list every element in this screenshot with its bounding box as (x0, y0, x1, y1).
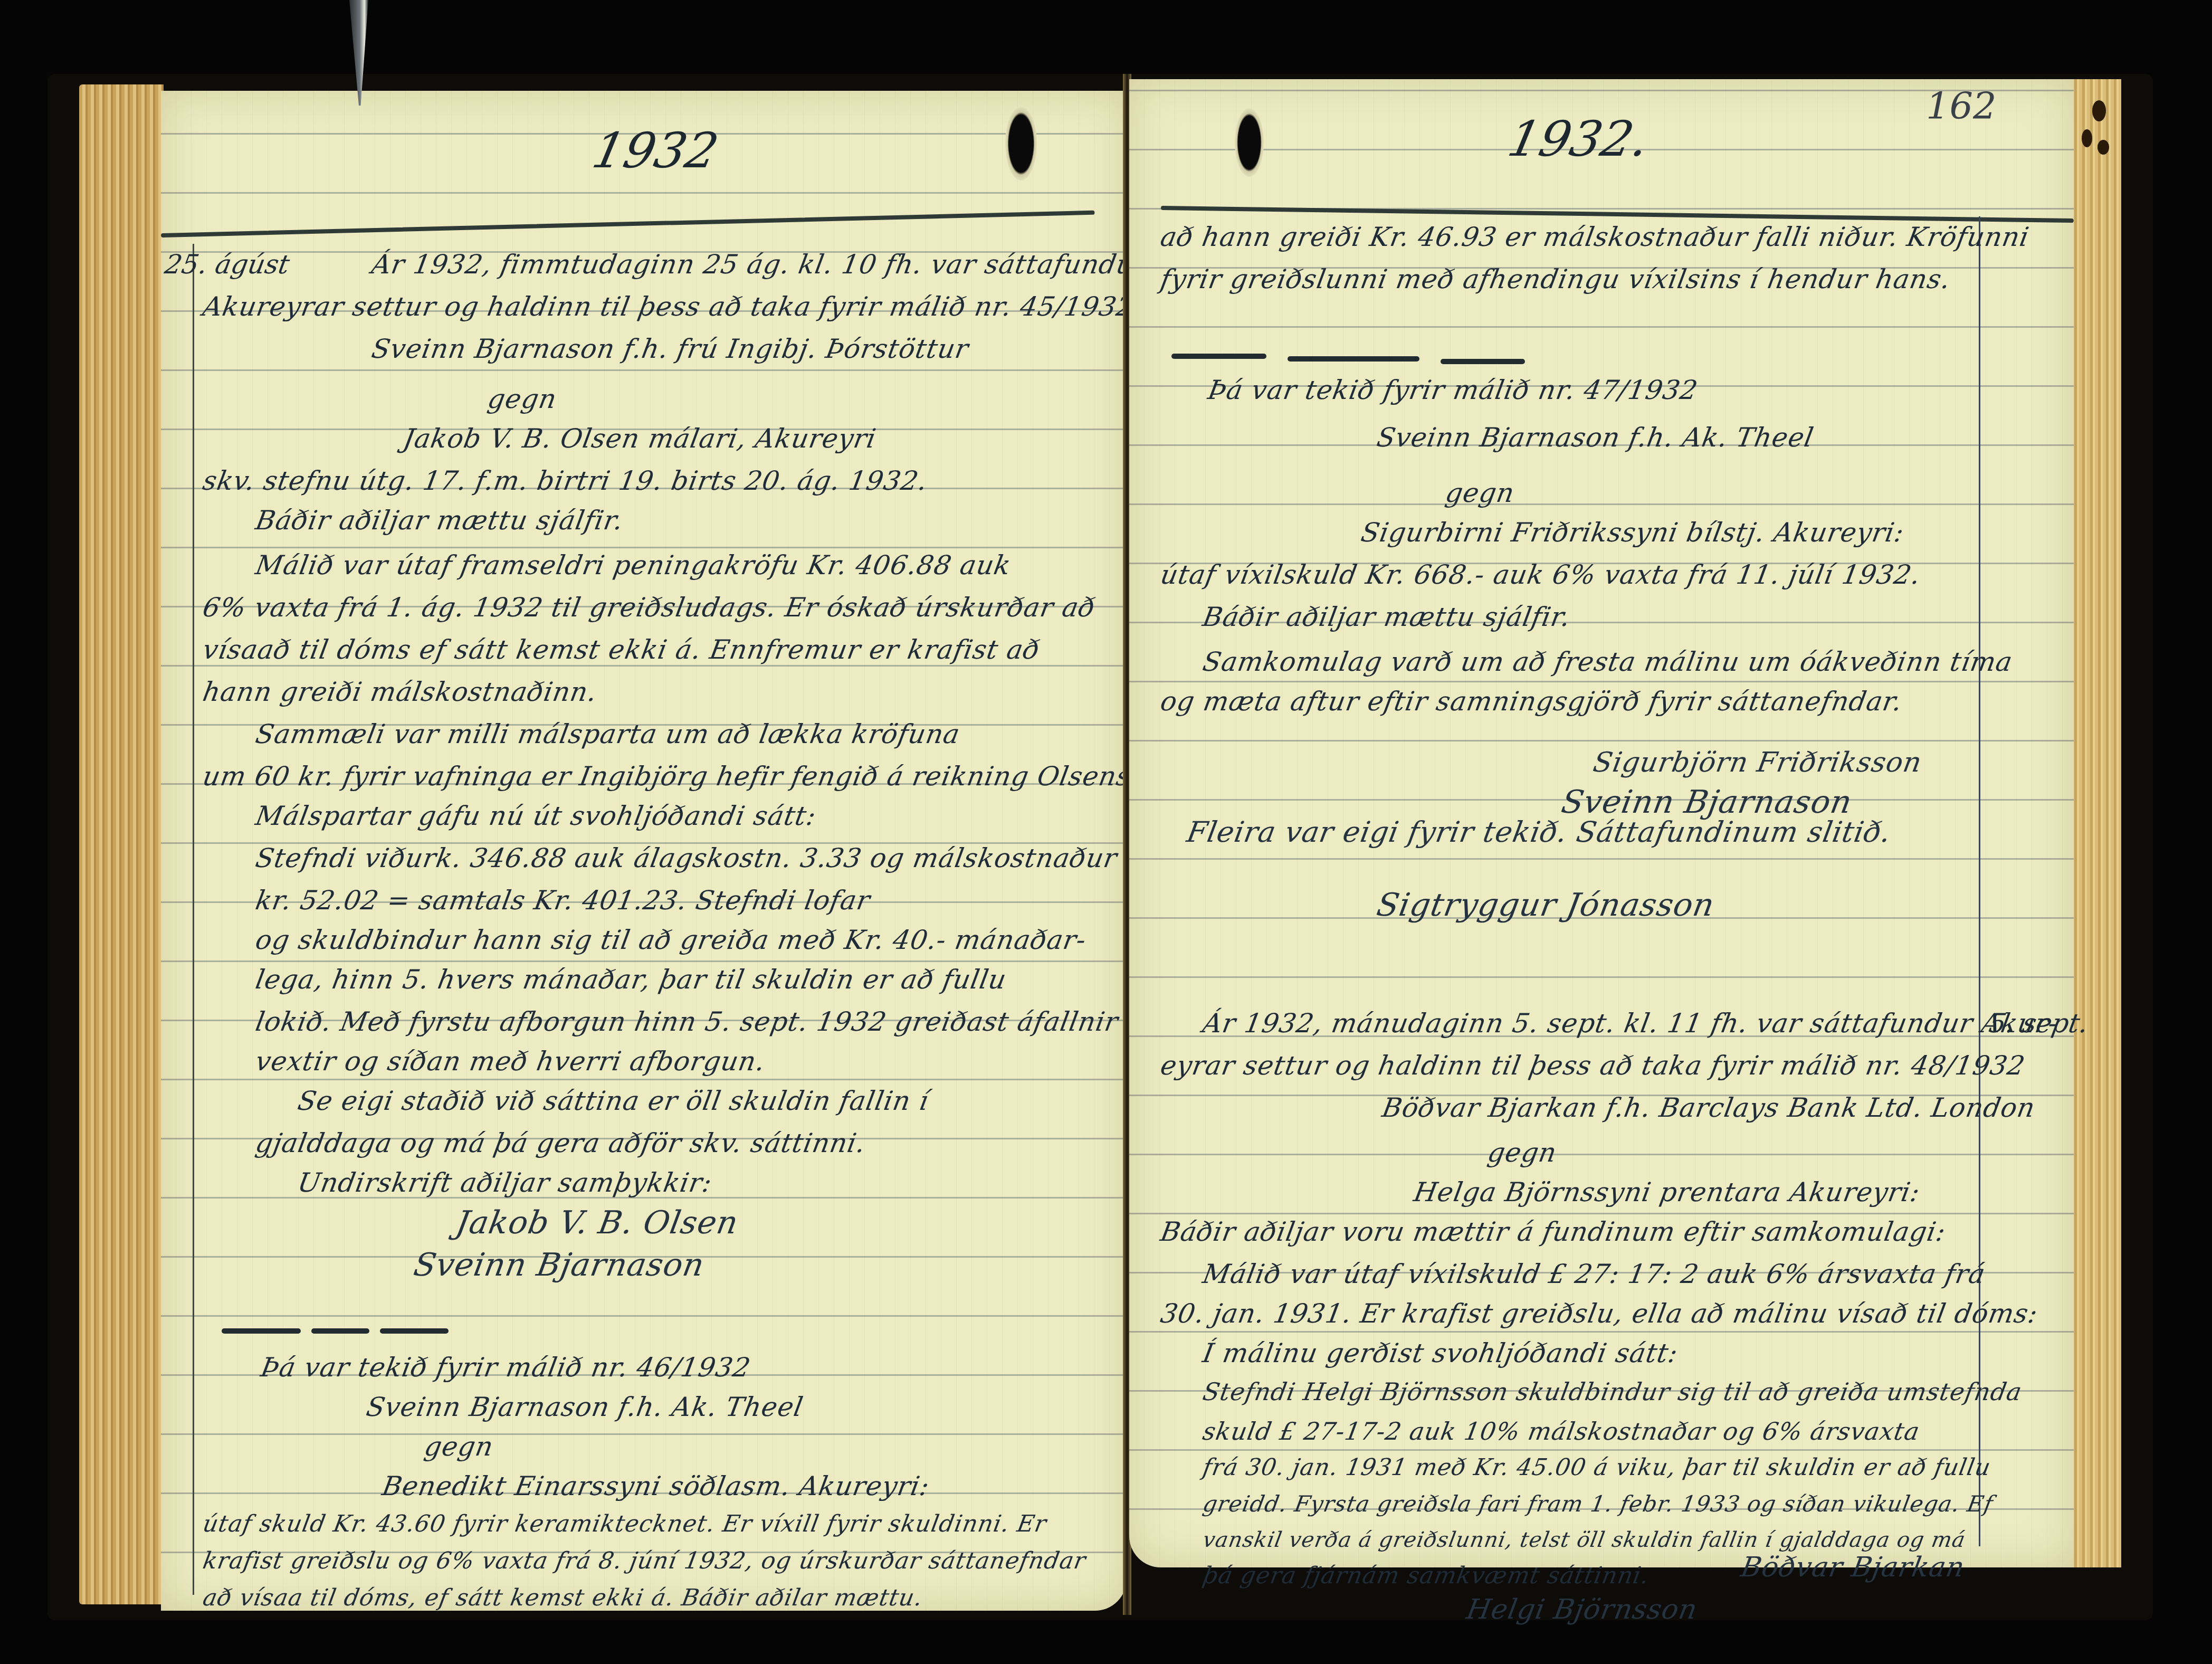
ledger-line: 30. jan. 1931. Er krafist greiðslu, ella… (1158, 1298, 2041, 1329)
header-rule (1161, 206, 2074, 223)
ledger-line: Báðir aðiljar mættu sjálfir. (1200, 602, 1573, 632)
ledger-line: vextir og síðan með hverri afborgun. (253, 1046, 768, 1077)
ledger-line: Stefndi viðurk. 346.88 auk álagskostn. 3… (253, 843, 1120, 873)
ledger-line: Undirskrift aðiljar samþykkir: (295, 1167, 714, 1198)
stain-mark (2097, 140, 2109, 155)
signature: Jakob V. B. Olsen (453, 1204, 741, 1241)
ledger-line: lega, hinn 5. hvers mánaðar, þar til sku… (253, 964, 1009, 995)
ledger-line: kr. 52.02 = samtals Kr. 401.23. Stefndi … (253, 885, 873, 916)
margin-date: 25. ágúst (163, 249, 292, 280)
entry-separator (380, 1328, 449, 1334)
ledger-line: útaf skuld Kr. 43.60 fyrir keramikteckne… (201, 1510, 1049, 1537)
ledger-line: Böðvar Bjarkan f.h. Barclays Bank Ltd. L… (1380, 1092, 2038, 1123)
ledger-line: fyrir greiðslunni með afhendingu víxilsi… (1158, 264, 1953, 294)
page-stack-right-edge (2071, 79, 2121, 1567)
ledger-line: Sveinn Bjarnason f.h. Ak. Theel (364, 1392, 806, 1422)
punch-hole (1005, 107, 1037, 180)
ledger-line: Málið var útaf víxilskuld £ 27: 17: 2 au… (1200, 1259, 1988, 1289)
margin-column-line (1979, 216, 1980, 1546)
left-page: 1932 25. ágúst Ár 1932, fimmtudaginn 25 … (161, 91, 1127, 1611)
ledger-line: gegn (485, 384, 559, 414)
ledger-line: um 60 kr. fyrir vafninga er Ingibjörg he… (201, 761, 1142, 792)
margin-column-line (193, 244, 194, 1595)
year-header: 1932 (588, 122, 723, 179)
signature: Sigurbjörn Friðriksson (1591, 747, 1924, 778)
signature: Böðvar Bjarkan (1739, 1552, 1967, 1583)
ledger-line: Málið var útaf framseldri peningakröfu K… (253, 550, 1014, 581)
ledger-line: hann greiði málskostnaðinn. (201, 677, 599, 707)
entry-separator (222, 1328, 301, 1334)
ledger-line: Ár 1932, mánudaginn 5. sept. kl. 11 fh. … (1200, 1008, 2061, 1039)
stain-mark (2082, 129, 2092, 147)
ledger-line: Í málinu gerðist svohljóðandi sátt: (1200, 1338, 1681, 1368)
ledger-line: Þá var tekið fyrir málið nr. 47/1932 (1206, 375, 1700, 405)
ledger-line: Sveinn Bjarnason f.h. Ak. Theel (1375, 422, 1816, 453)
ledger-line: útaf víxilskuld Kr. 668.- auk 6% vaxta f… (1158, 559, 1923, 590)
ledger-line: 6% vaxta frá 1. ág. 1932 til greiðsludag… (201, 592, 1098, 623)
ledger-line: Sigurbirni Friðrikssyni bílstj. Akureyri… (1359, 517, 1906, 548)
ledger-line: Akureyrar settur og haldinn til þess að … (201, 291, 1137, 322)
ledger-line: greidd. Fyrsta greiðsla fari fram 1. feb… (1201, 1491, 1995, 1517)
ledger-line: að vísaa til dóms, ef sátt kemst ekki á.… (201, 1584, 925, 1611)
ledger-line: gegn (1443, 478, 1517, 508)
entry-separator (311, 1328, 369, 1334)
closing-statement: Fleira var eigi fyrir tekið. Sáttafundin… (1184, 815, 1893, 849)
signature: Helgi Björnsson (1464, 1594, 1700, 1625)
header-rule (161, 211, 1095, 237)
ledger-line: krafist greiðslu og 6% vaxta frá 8. júní… (201, 1547, 1089, 1574)
ledger-line: Samkomulag varð um að fresta málinu um ó… (1200, 646, 2015, 677)
ledger-line: Báðir aðiljar voru mættir á fundinum eft… (1158, 1216, 1948, 1247)
entry-separator (1441, 359, 1525, 364)
ledger-line: frá 30. jan. 1931 með Kr. 45.00 á viku, … (1201, 1454, 1993, 1481)
ledger-line: Jakob V. B. Olsen málari, Akureyri (401, 423, 879, 454)
entry-separator (1171, 354, 1266, 359)
ledger-line: Se eigi staðið við sáttina er öll skuldi… (295, 1086, 931, 1116)
ledger-line: og mæta aftur eftir samningsgjörð fyrir … (1158, 686, 1905, 717)
page-stack-left-edge (79, 84, 164, 1604)
ledger-line: skv. stefnu útg. 17. f.m. birtri 19. bir… (201, 465, 930, 496)
ledger-line: Málspartar gáfu nú út svohljóðandi sátt: (253, 801, 819, 831)
ledger-line: gegn (422, 1431, 496, 1462)
stain-mark (2092, 100, 2106, 121)
punch-hole (1235, 108, 1264, 177)
ledger-line: Helga Björnssyni prentara Akureyri: (1412, 1177, 1923, 1207)
signature: Sveinn Bjarnason (411, 1247, 708, 1283)
ledger-line: Þá var tekið fyrir málið nr. 46/1932 (259, 1352, 753, 1383)
page-number: 162 (1926, 84, 1997, 128)
signature: Sigtryggur Jónasson (1374, 887, 1718, 924)
ledger-line: vanskil verða á greiðslunni, telst öll s… (1201, 1528, 1968, 1552)
ledger-line: skuld £ 27-17-2 auk 10% málskostnaðar og… (1200, 1417, 1922, 1446)
ledger-line: að hann greiði Kr. 46.93 er málskostnaðu… (1158, 222, 2032, 252)
ledger-line: Sammæli var milli málsparta um að lækka … (253, 719, 962, 749)
ledger-line: Sveinn Bjarnason f.h. frú Ingibj. Þórstö… (369, 334, 971, 364)
ledger-line: eyrar settur og haldinn til þess að taka… (1158, 1050, 2028, 1081)
ledger-line: Stefndi Helgi Björnsson skuldbindur sig … (1200, 1377, 2024, 1406)
ledger-line: gegn (1485, 1137, 1559, 1168)
entry-separator (1288, 356, 1419, 362)
right-page: 162 1932. að hann greiði Kr. 46.93 er má… (1129, 79, 2074, 1567)
ledger-line: þá gera fjárnám samkvæmt sáttinni. (1201, 1562, 1652, 1589)
ledger-line: Ár 1932, fimmtudaginn 25 ág. kl. 10 fh. … (369, 249, 1150, 280)
ledger-line: Báðir aðiljar mættu sjálfir. (253, 505, 626, 536)
ledger-line: vísaað til dóms ef sátt kemst ekki á. En… (201, 634, 1043, 665)
ledger-line: lokið. Með fyrstu afborgun hinn 5. sept.… (253, 1006, 1121, 1037)
ledger-line: gjalddaga og má þá gera aðför skv. sátti… (253, 1128, 868, 1158)
ledger-line: Benedikt Einarssyni söðlasm. Akureyri: (380, 1471, 932, 1501)
year-header: 1932. (1503, 111, 1654, 167)
ledger-line: og skuldbindur hann sig til að greiða me… (253, 925, 1089, 955)
